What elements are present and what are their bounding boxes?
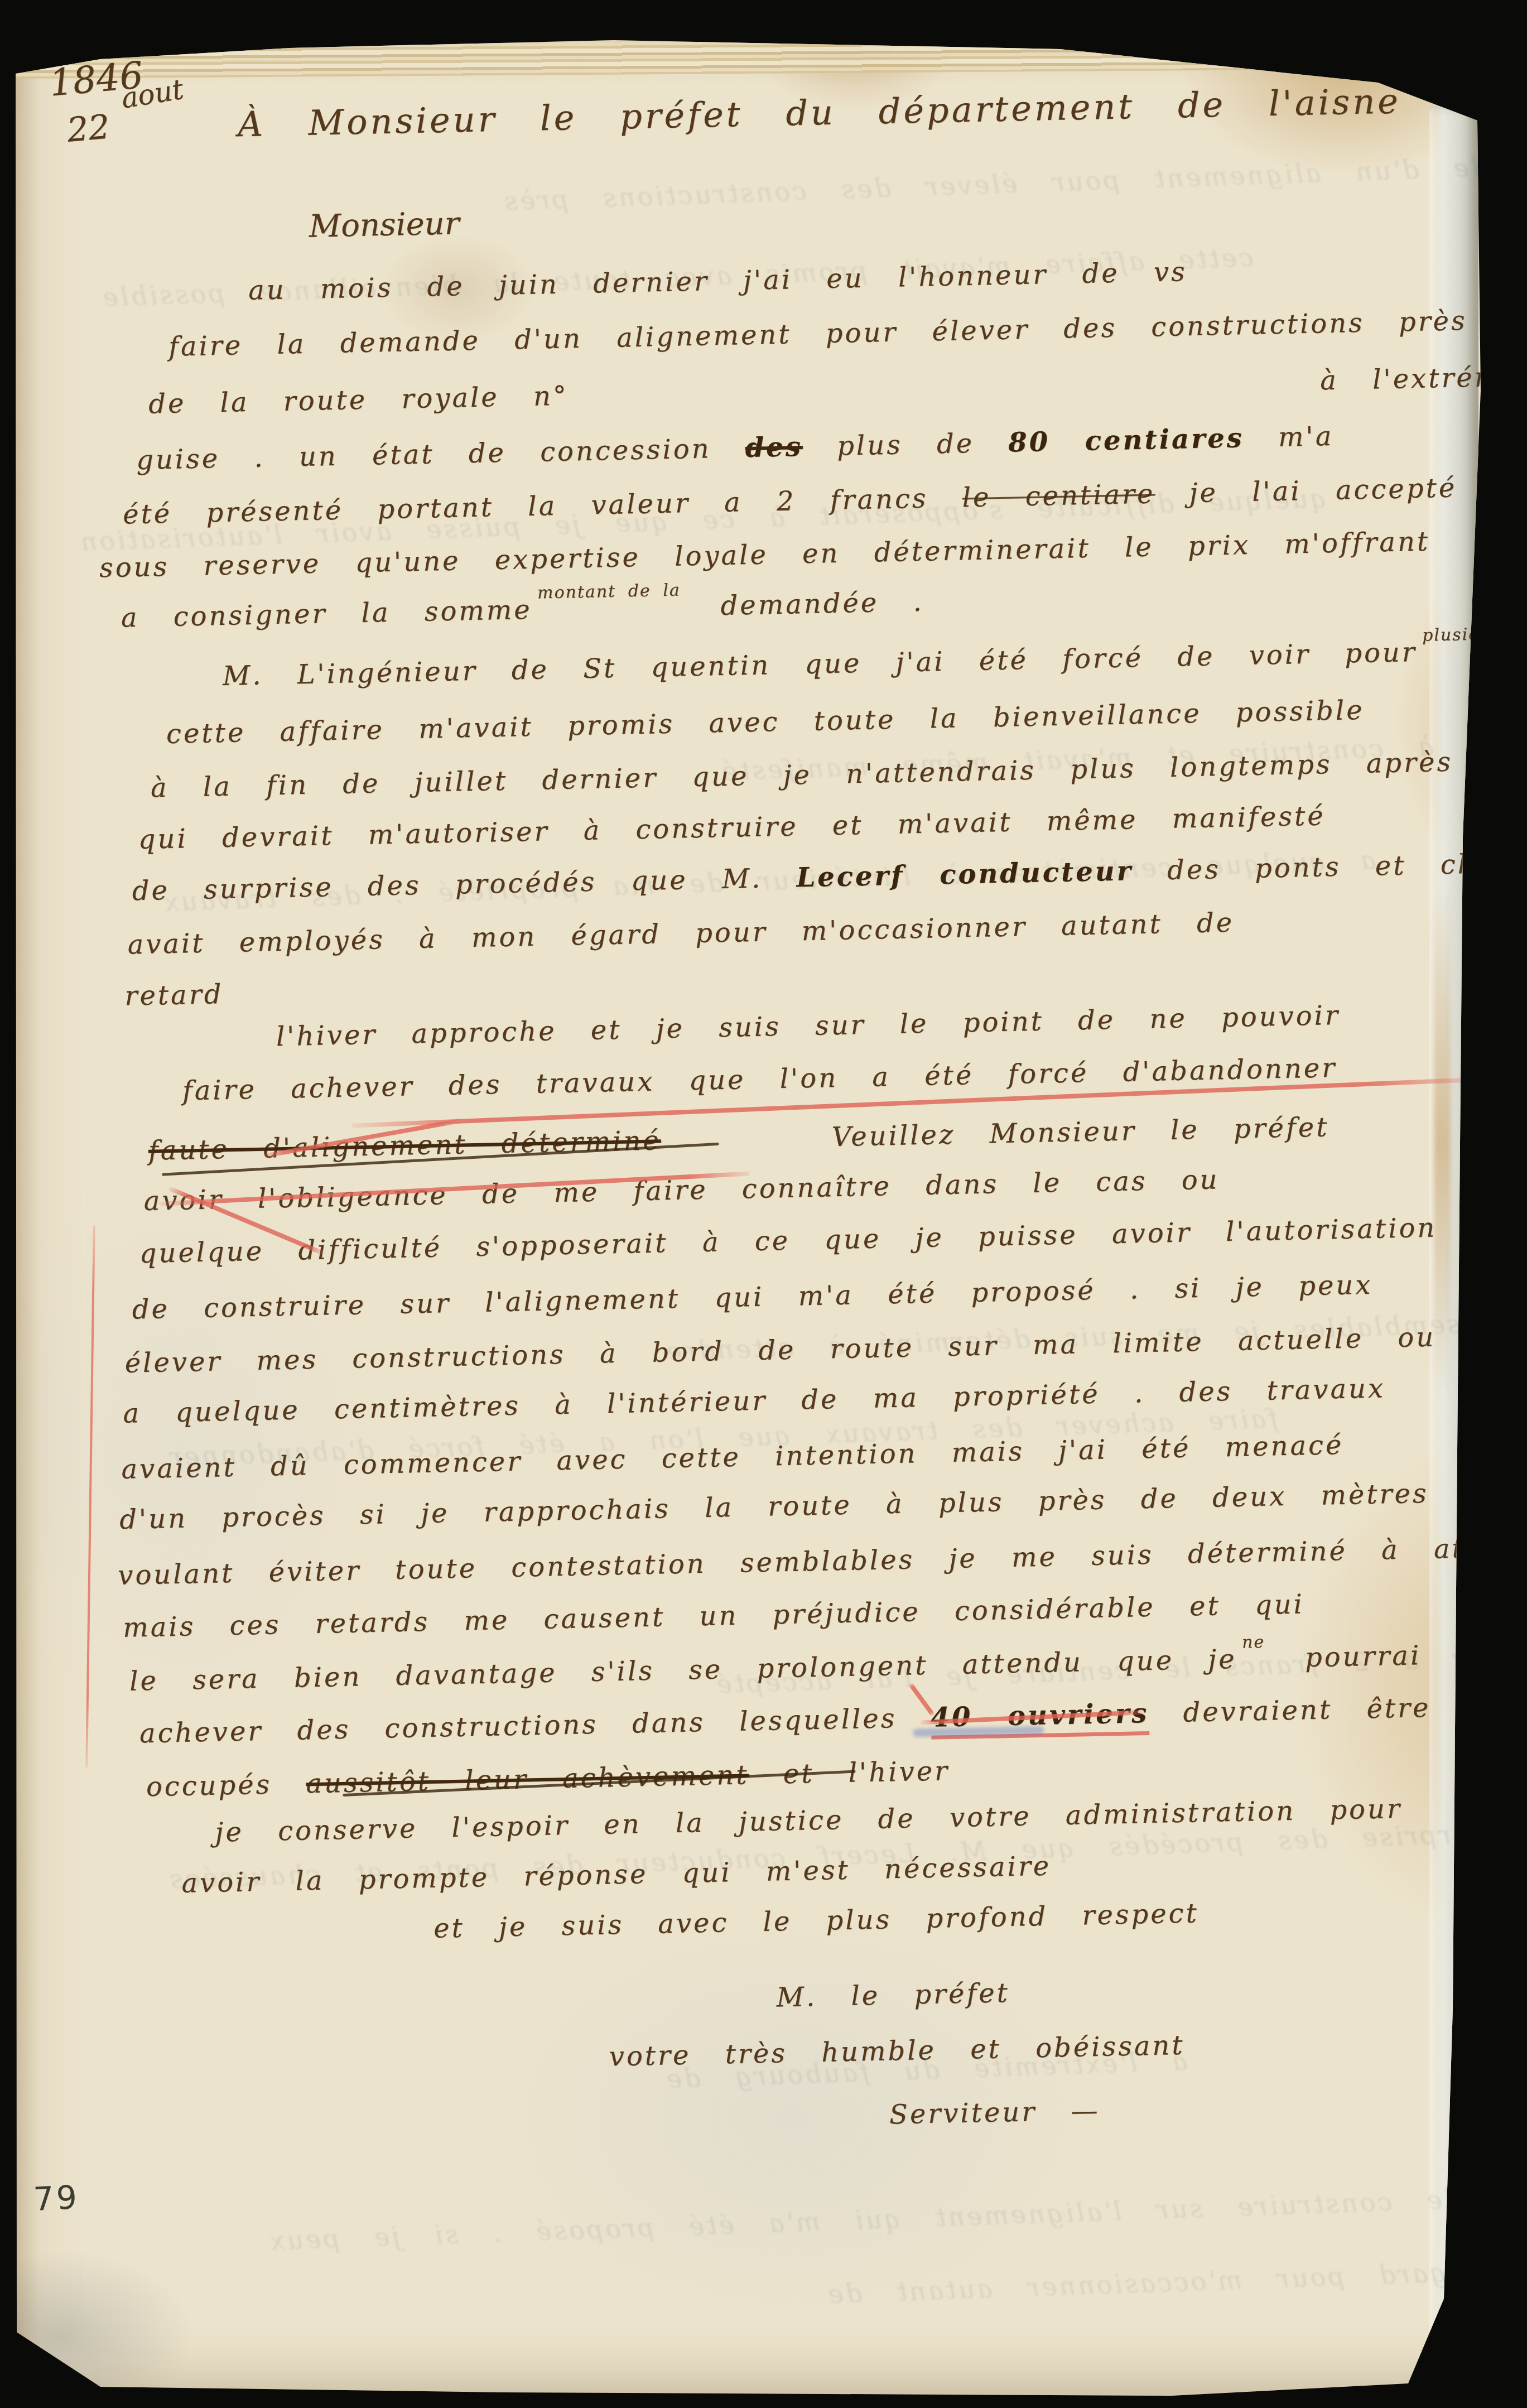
letter-line-segment: de la route royale n° à l'extrémité du f… [148,354,1527,420]
letter-line-segment: votre très humble et obéissant [609,2030,1185,2073]
manuscript-page-scan: faire la demande d'un alignement pour él… [0,0,1527,2408]
letter-line-segment: faire achever des travaux que l'on a été… [182,1052,1337,1107]
letter-line: d'un procès si je rapprochais la route à… [119,1478,1429,1535]
letter-line: a consigner la sommemontant de la demand… [121,587,924,634]
letter-line: faute d'alignement déterminé Veuillez Mo… [148,1112,1329,1167]
letter-line-segment: au mois de juin dernier j'ai eu l'honneu… [248,256,1188,306]
date-day: 22 [65,107,111,150]
letter-line-segment: voulant éviter toute contestation sembla… [118,1531,1527,1591]
letter-line-segment: plus de [802,427,1009,463]
letter-line-segment: Serviteur — [889,2095,1100,2131]
letter-line: été présenté portant la valeur a 2 franc… [123,473,1457,530]
letter-line: Serviteur — [889,2096,1100,2131]
letter-line-segment: des [745,431,803,464]
letter-line-segment: mais ces retards me causent un préjudice… [123,1588,1305,1643]
letter-line: de construire sur l'alignement qui m'a é… [132,1270,1373,1326]
letter-line: de surprise des procédés que M. Lecerf c… [132,847,1527,907]
letter-line-segment: occupés [146,1768,306,1803]
letter-line: M. le préfet [776,1978,1010,2014]
letter-line-segment: montant de la [537,581,681,603]
letter-line-segment: le sera bien davantage s'ils se prolonge… [129,1644,1237,1697]
letter-line-segment: M. L'ingénieur de St quentin que j'ai ét… [222,637,1417,692]
letter-line-segment: je l'ai accepté [1155,472,1457,509]
letter-line-segment: a quelque centimètres à l'intérieur de m… [123,1372,1386,1429]
letter-line-segment: ne [1242,1633,1265,1653]
letter-line: avait employés à mon égard pour m'occasi… [127,908,1235,961]
letter-line-segment: pourrai [1270,1640,1422,1674]
letter-line: M. L'ingénieur de St quentin que j'ai ét… [222,634,1527,692]
letter-line-segment: avoir l'obligeance de me faire connaître… [143,1164,1220,1217]
letter-line-segment: devraient être [1149,1692,1431,1729]
letter-line: occupés aussitôt leur achèvement et l'hi… [146,1756,950,1803]
letter-line-segment: Veuillez Monsieur le préfet [661,1111,1329,1156]
letter-line-segment: plusieurs fois [1422,624,1527,646]
letter-line: le sera bien davantage s'ils se prolonge… [129,1640,1422,1697]
letter-line: guise . un état de concession des plus d… [136,421,1334,476]
letter-line-segment: faire la demande d'un alignement pour él… [168,305,1468,363]
letter-line-segment: et je suis avec le plus profond respect [433,1897,1200,1944]
letter-line: au mois de juin dernier j'ai eu l'honneu… [248,257,1188,306]
salutation: Monsieur [309,205,460,244]
letter-line-segment: M. le préfet [776,1977,1010,2013]
letter-line-segment: a consigner la somme [121,594,532,634]
letter-line-segment: de construire sur l'alignement qui m'a é… [132,1269,1373,1326]
letter-line-segment: guise . un état de concession [136,432,746,476]
letter-line: élever mes constructions à bord de route… [124,1322,1436,1379]
letter-line: je conserve l'espoir en la justice de vo… [215,1794,1402,1848]
letter-line-segment: d'un procès si je rapprochais la route à… [119,1478,1429,1535]
letter-line-segment: retard [124,979,224,1012]
letter-line: quelque difficulté s'opposerait à ce que… [139,1212,1437,1269]
letter-line: voulant éviter toute contestation sembla… [118,1532,1527,1591]
letter-line: et je suis avec le plus profond respect [433,1898,1200,1944]
letter-line-segment: 80 centiares [1008,422,1245,458]
letter-line-segment: à la fin de juillet dernier que je n'att… [150,743,1527,803]
letter-line-segment: sous reserve qu'une expertise loyale en … [99,526,1430,584]
letter-line-segment: qui devrait m'autoriser à construire et … [138,800,1326,855]
letter-line: qui devrait m'autoriser à construire et … [138,801,1326,855]
letter-line-segment: quelque difficulté s'opposerait à ce que… [139,1212,1437,1269]
letter-line-segment: je conserve l'espoir en la justice de vo… [215,1793,1402,1848]
letter-line: cette affaire m'avait promis avec toute … [166,695,1365,750]
paper-sheet: faire la demande d'un alignement pour él… [0,0,1527,2408]
letter-line: faire la demande d'un alignement pour él… [168,306,1468,363]
letter-line-segment: élever mes constructions à bord de route… [124,1322,1436,1379]
letter-line: à la fin de juillet dernier que je n'att… [150,744,1527,803]
letter-line: votre très humble et obéissant [609,2030,1185,2073]
letter-line-segment: été présenté portant la valeur a 2 franc… [123,482,963,530]
letter-line: avoir la prompte réponse qui m'est néces… [181,1851,1052,1899]
recipient-line: À Monsieur le préfet du département de l… [237,80,1401,145]
handwriting-layer: 1846 22 aout À Monsieur le préfet du dép… [0,0,1527,2408]
letter-line-segment: de surprise des procédés que M. [132,862,797,907]
letter-line-segment: achever des constructions dans lesquelle… [139,1702,931,1749]
letter-line-segment: le centiare [962,478,1155,513]
letter-line: avaient dû commencer avec cette intentio… [121,1430,1344,1485]
page-number: 79 [32,2178,80,2218]
letter-line-segment: des ponts et chaussées [1133,846,1527,887]
letter-line-segment: avoir la prompte réponse qui m'est néces… [181,1851,1052,1899]
letter-line: sous reserve qu'une expertise loyale en … [99,526,1430,584]
letter-body: au mois de juin dernier j'ai eu l'honneu… [0,0,1521,2]
letter-line-segment: l'hiver approche et je suis sur le point… [276,1000,1340,1052]
letter-line: de la route royale n° à l'extrémité du f… [148,355,1527,420]
letter-line: a quelque centimètres à l'intérieur de m… [123,1373,1386,1429]
letter-line: mais ces retards me causent un préjudice… [123,1589,1305,1644]
letter-line-segment: Lecerf conducteur [796,855,1133,893]
letter-line-segment: avaient dû commencer avec cette intentio… [121,1429,1344,1485]
letter-line: l'hiver approche et je suis sur le point… [276,1000,1340,1052]
letter-line-segment: demandée . [686,586,924,623]
letter-line: faire achever des travaux que l'on a été… [182,1053,1337,1107]
letter-line-segment: cette affaire m'avait promis avec toute … [166,695,1365,750]
letter-line-segment: avait employés à mon égard pour m'occasi… [127,907,1235,961]
letter-line: retard [124,979,224,1012]
letter-line-segment: m'a [1244,421,1334,454]
letter-line: achever des constructions dans lesquelle… [139,1693,1431,1750]
letter-line: avoir l'obligeance de me faire connaître… [143,1164,1220,1217]
